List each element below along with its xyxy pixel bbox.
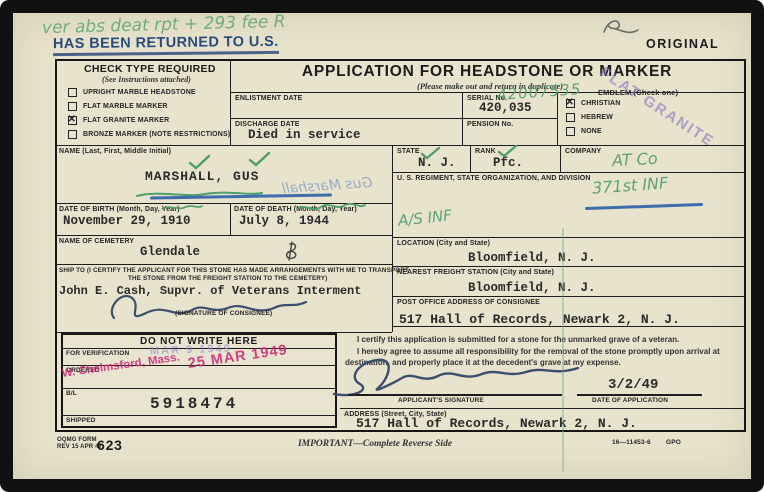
name-value: MARSHALL, GUS bbox=[145, 169, 259, 184]
divider bbox=[63, 388, 335, 389]
form-id-small: OQMG FORM REV 15 APR 47 bbox=[57, 437, 102, 451]
checkbox-label: NONE bbox=[581, 128, 602, 135]
green-check-icon bbox=[248, 151, 272, 166]
freight-station-label: NEAREST FREIGHT STATION (City and State) bbox=[397, 269, 554, 276]
po-address-label: POST OFFICE ADDRESS OF CONSIGNEE bbox=[397, 299, 540, 306]
green-check-icon bbox=[497, 144, 519, 158]
green-check-icon bbox=[188, 154, 212, 169]
rank-label: RANK bbox=[475, 148, 496, 155]
cemetery-label: NAME OF CEMETERY bbox=[59, 238, 134, 245]
state-label: STATE bbox=[397, 148, 420, 155]
checkbox-flat-marble bbox=[68, 102, 77, 111]
rank-value: Pfc. bbox=[493, 156, 523, 170]
po-address-value: 517 Hall of Records, Newark 2, N. J. bbox=[399, 312, 680, 327]
scanned-headstone-application: ver abs deat rpt + 293 fee R HAS BEEN RE… bbox=[0, 0, 764, 492]
pension-no-label: PENSION No. bbox=[467, 121, 513, 128]
enlistment-date-label: ENLISTMENT DATE bbox=[235, 95, 302, 102]
bl-label: B/L bbox=[66, 390, 77, 397]
divider bbox=[230, 118, 557, 119]
checkbox-label: HEBREW bbox=[581, 114, 613, 121]
divider bbox=[470, 145, 471, 172]
dod-value: July 8, 1944 bbox=[239, 214, 329, 228]
company-handwritten: AT Co bbox=[612, 149, 659, 170]
cemetery-value: Glendale bbox=[140, 245, 200, 259]
applicant-signature-caption: APPLICANT'S SIGNATURE bbox=[398, 397, 484, 404]
divider bbox=[340, 408, 744, 409]
application-date-value: 3/2/49 bbox=[608, 377, 658, 393]
name-label: NAME (Last, First, Middle Initial) bbox=[59, 148, 171, 155]
certification-line1: I certify this application is submitted … bbox=[345, 334, 741, 346]
check-type-title: CHECK TYPE REQUIRED bbox=[84, 63, 216, 75]
green-squiggle bbox=[295, 201, 367, 213]
divider bbox=[63, 415, 335, 416]
returned-stamp: HAS BEEN RETURNED TO U.S. bbox=[53, 34, 279, 56]
green-squiggle bbox=[160, 203, 204, 212]
divider bbox=[560, 145, 561, 172]
dob-value: November 29, 1910 bbox=[63, 214, 191, 228]
consignee-signature bbox=[108, 286, 313, 326]
consignee-caption: (SIGNATURE OF CONSIGNEE) bbox=[175, 310, 272, 317]
divider bbox=[392, 237, 744, 238]
crease-line bbox=[562, 228, 564, 472]
for-verification-label: FOR VERIFICATION bbox=[66, 350, 129, 357]
divider bbox=[57, 145, 744, 146]
company-label: COMPANY bbox=[565, 148, 601, 155]
checkbox-bronze bbox=[68, 130, 77, 139]
shipped-label: SHIPPED bbox=[66, 417, 96, 424]
divider bbox=[557, 92, 558, 145]
form-number: 623 bbox=[97, 437, 123, 453]
form-id-line2: REV 15 APR 47 bbox=[57, 444, 102, 450]
checkbox-none bbox=[566, 127, 575, 136]
signature-line bbox=[348, 394, 562, 396]
discharge-date-label: DISCHARGE DATE bbox=[235, 121, 300, 128]
checkbox-label: CHRISTIAN bbox=[581, 100, 620, 107]
ship-to-label-line1: SHIP TO (I CERTIFY THE APPLICANT FOR THI… bbox=[59, 267, 409, 274]
date-line bbox=[577, 394, 702, 396]
location-label: LOCATION (City and State) bbox=[397, 240, 490, 247]
bl-value: 5918474 bbox=[150, 395, 238, 413]
checkbox-hebrew bbox=[566, 113, 575, 122]
ship-to-label-line2: THE STONE FROM THE FREIGHT STATION TO TH… bbox=[128, 275, 327, 282]
divider bbox=[57, 235, 392, 236]
location-value: Bloomfield, N. J. bbox=[468, 251, 596, 265]
divider bbox=[392, 172, 744, 173]
checkbox-christian bbox=[566, 99, 575, 108]
checkbox-upright-marble bbox=[68, 88, 77, 97]
freight-station-value: Bloomfield, N. J. bbox=[468, 281, 596, 295]
green-check-icon bbox=[420, 146, 442, 160]
application-date-caption: DATE OF APPLICATION bbox=[592, 397, 668, 404]
check-type-subtitle: (See Instructions attached) bbox=[102, 75, 191, 84]
regiment-label: U. S. REGIMENT, STATE ORGANIZATION, AND … bbox=[397, 175, 591, 182]
checkbox-flat-granite bbox=[68, 116, 77, 125]
divider bbox=[230, 203, 231, 235]
pencil-scribble-icon bbox=[598, 16, 642, 38]
form-id-line1: OQMG FORM bbox=[57, 437, 97, 443]
footer-important: IMPORTANT—Complete Reverse Side bbox=[298, 439, 452, 449]
gpo-label: GPO bbox=[666, 439, 681, 446]
checkbox-label: UPRIGHT MARBLE HEADSTONE bbox=[83, 89, 196, 96]
pencil-doodle bbox=[278, 240, 300, 264]
checkbox-label: FLAT GRANITE MARKER bbox=[83, 117, 169, 124]
checkbox-label: BRONZE MARKER (NOTE RESTRICTIONS) bbox=[83, 131, 230, 138]
divider bbox=[392, 296, 744, 297]
divider bbox=[392, 266, 744, 267]
original-label: ORIGINAL bbox=[646, 37, 719, 51]
discharge-date-value: Died in service bbox=[248, 128, 361, 142]
address-value: 517 Hall of Records, Newark 2, N. J. bbox=[356, 416, 637, 431]
divider bbox=[57, 264, 392, 265]
gpo-code: 16—11453-6 bbox=[612, 439, 651, 446]
checkbox-label: FLAT MARBLE MARKER bbox=[83, 103, 168, 110]
